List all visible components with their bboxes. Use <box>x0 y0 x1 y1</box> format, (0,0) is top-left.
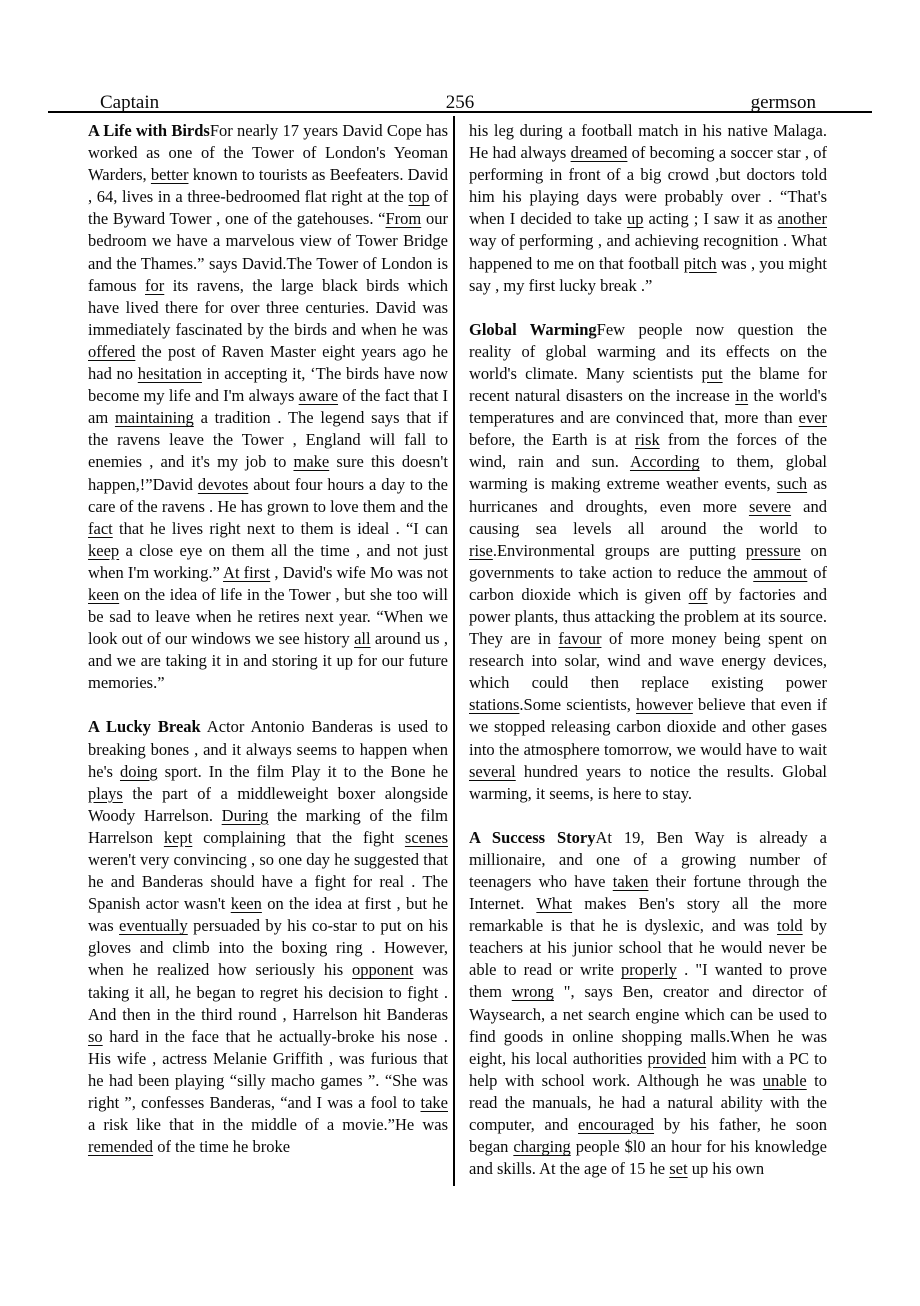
underlined-word: ammout <box>753 563 807 582</box>
underlined-word: At first <box>223 563 270 582</box>
underlined-word: ever <box>799 408 827 427</box>
underlined-word: all <box>354 629 371 648</box>
body-text: sport. In the film Play it to the Bone h… <box>158 762 448 781</box>
underlined-word: aware <box>299 386 338 405</box>
body-text: .Environmental groups are putting <box>493 541 746 560</box>
underlined-word: set <box>669 1159 687 1178</box>
underlined-word: From <box>386 209 422 228</box>
section-heading: A Success Story <box>469 828 595 847</box>
passage-global-warming: Global WarmingFew people now question th… <box>469 319 827 805</box>
body-text: , David's wife Mo was not <box>270 563 448 582</box>
underlined-word: take <box>421 1093 448 1112</box>
underlined-word: encouraged <box>578 1115 654 1134</box>
underlined-word: doing <box>120 762 158 781</box>
underlined-word: risk <box>635 430 660 449</box>
passage-a-success-story: A Success StoryAt 19, Ben Way is already… <box>469 827 827 1181</box>
underlined-word: top <box>409 187 430 206</box>
underlined-word: off <box>689 585 708 604</box>
section-heading: A Lucky Break <box>88 717 201 736</box>
header-rule <box>48 111 872 113</box>
right-column: his leg during a football match in his n… <box>469 120 827 1180</box>
left-column: A Life with BirdsFor nearly 17 years Dav… <box>88 120 448 1158</box>
underlined-word: such <box>777 474 807 493</box>
underlined-word: charging <box>513 1137 570 1156</box>
section-heading: A Life with Birds <box>88 121 210 140</box>
body-text: of the time he broke <box>153 1137 290 1156</box>
column-divider <box>453 116 455 1186</box>
body-text: a risk like that in the middle of a movi… <box>88 1115 448 1134</box>
underlined-word: stations <box>469 695 519 714</box>
underlined-word: pitch <box>684 254 717 273</box>
underlined-word: for <box>145 276 164 295</box>
underlined-word: hesitation <box>138 364 202 383</box>
underlined-word: provided <box>648 1049 707 1068</box>
underlined-word: offered <box>88 342 135 361</box>
body-text: that he lives right next to them is idea… <box>113 519 448 538</box>
passage-a-lucky-break: A Lucky Break Actor Antonio Banderas is … <box>88 716 448 1158</box>
body-text: before, the Earth is at <box>469 430 635 449</box>
underlined-word: rise <box>469 541 493 560</box>
underlined-word: favour <box>558 629 601 648</box>
underlined-word: What <box>536 894 572 913</box>
underlined-word: better <box>151 165 189 184</box>
underlined-word: opponent <box>352 960 413 979</box>
underlined-word: several <box>469 762 516 781</box>
body-text: up his own <box>688 1159 765 1178</box>
underlined-word: another <box>778 209 827 228</box>
underlined-word: unable <box>763 1071 807 1090</box>
underlined-word: keen <box>88 585 119 604</box>
underlined-word: properly <box>621 960 677 979</box>
underlined-word: keen <box>231 894 262 913</box>
body-text: acting ; I saw it as <box>643 209 777 228</box>
passage-a-life-with-birds: A Life with BirdsFor nearly 17 years Dav… <box>88 120 448 694</box>
underlined-word: maintaining <box>115 408 194 427</box>
underlined-word: put <box>701 364 722 383</box>
underlined-word: however <box>636 695 693 714</box>
underlined-word: keep <box>88 541 119 560</box>
underlined-word: in <box>735 386 748 405</box>
document-page: Captain 256 germson A Life with BirdsFor… <box>0 0 920 1306</box>
underlined-word: During <box>222 806 269 825</box>
underlined-word: wrong <box>512 982 554 1001</box>
underlined-word: severe <box>749 497 791 516</box>
underlined-word: kept <box>164 828 192 847</box>
underlined-word: According <box>630 452 700 471</box>
body-text: hundred years to notice the results. Glo… <box>469 762 827 803</box>
underlined-word: plays <box>88 784 123 803</box>
underlined-word: eventually <box>119 916 188 935</box>
underlined-word: fact <box>88 519 113 538</box>
body-text: .Some scientists, <box>519 695 636 714</box>
underlined-word: scenes <box>405 828 448 847</box>
underlined-word: taken <box>613 872 649 891</box>
underlined-word: devotes <box>198 475 248 494</box>
underlined-word: remended <box>88 1137 153 1156</box>
underlined-word: make <box>293 452 329 471</box>
underlined-word: so <box>88 1027 103 1046</box>
underlined-word: pressure <box>746 541 801 560</box>
underlined-word: dreamed <box>571 143 628 162</box>
body-text: complaining that the fight <box>192 828 405 847</box>
passage-a-lucky-break-continued: his leg during a football match in his n… <box>469 120 827 297</box>
underlined-word: told <box>777 916 803 935</box>
body-text: hard in the face that he actually-broke … <box>88 1027 448 1112</box>
section-heading: Global Warming <box>469 320 597 339</box>
underlined-word: up <box>627 209 644 228</box>
